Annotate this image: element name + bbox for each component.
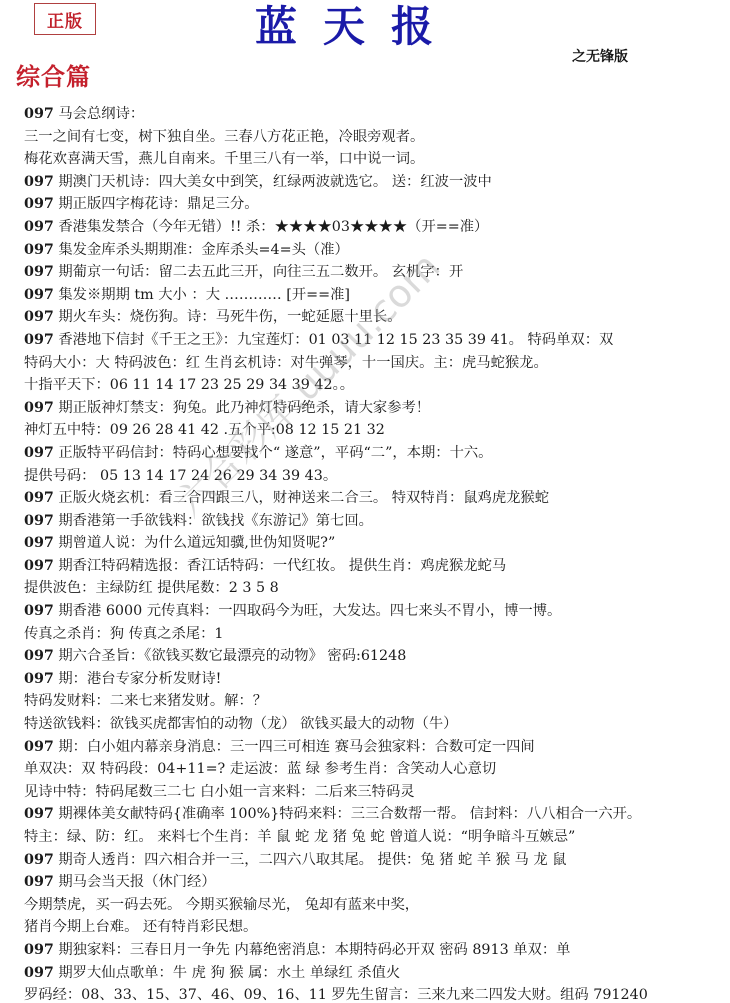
line-text: 单双决：双 特码段：04+11=? 走运波：蓝 绿 参考生肖：含笑动人心意切 <box>24 761 496 777</box>
issue-number: 097 <box>24 196 54 212</box>
issue-number: 097 <box>24 287 54 303</box>
article-line: 097 期葡京一句话：留二去五此三开，向往三五二数开。 玄机字：开 <box>24 261 724 284</box>
line-text: 期裸体美女献特码{准确率 100%}特码来料：三三合数帮一帮。 信封料：八八相合… <box>54 806 641 822</box>
article-line: 097 期：港台专家分析发财诗! <box>24 668 724 691</box>
line-text: 传真之杀肖：狗 传真之杀尾：1 <box>24 626 224 642</box>
article-line: 097 期罗大仙点歌单：牛 虎 狗 猴 属：水土 单绿红 杀值火 <box>24 962 724 985</box>
issue-number: 097 <box>24 739 54 755</box>
line-text: 神灯五中特：09 26 28 41 42 .五个平:08 12 15 21 32 <box>24 422 385 438</box>
article-line: 特码发财料：二来七来猪发财。解：？ <box>24 690 724 713</box>
line-text: 今期禁虎，买一码去死。 今期买猴输尽光， 兔却有蓝来中奖， <box>24 897 419 913</box>
line-text: 期正版四字梅花诗：鼎足三分。 <box>54 196 259 212</box>
issue-number: 097 <box>24 219 54 235</box>
article-line: 传真之杀肖：狗 传真之杀尾：1 <box>24 623 724 646</box>
article-line: 097 期正版四字梅花诗：鼎足三分。 <box>24 193 724 216</box>
line-text: 特送欲钱料：欲钱买虎都害怕的动物（龙） 欲钱买最大的动物（牛） <box>24 716 457 732</box>
line-text: 特码发财料：二来七来猪发财。解：？ <box>24 693 267 709</box>
line-text: 梅花欢喜满天雪，燕儿自南来。千里三八有一举，口中说一词。 <box>24 151 424 167</box>
line-text: 期火车头：烧伤狗。诗：马死牛伤，一蛇延愿十里长。 <box>54 309 402 325</box>
line-text: 集发金库杀头期期准：金库杀头=4=头（准） <box>54 242 349 258</box>
line-text: 见诗中特：特码尾数三二七 白小姐一言来料：二后来三特码灵 <box>24 784 415 800</box>
line-text: 特主：绿、防：红。 来料七个生肖：羊 鼠 蛇 龙 猪 兔 蛇 曾道人说：“明争暗… <box>24 829 575 845</box>
issue-number: 097 <box>24 648 54 664</box>
issue-number: 097 <box>24 671 54 687</box>
issue-number: 097 <box>24 874 54 890</box>
line-text: 正版特平码信封：特码心想要找个“ 遂意”，平码“二”，本期：十六。 <box>54 445 493 461</box>
issue-number: 097 <box>24 242 54 258</box>
line-text: 期：港台专家分析发财诗! <box>54 671 222 687</box>
article-body: 097 马会总纲诗：三一之间有七变，树下独自坐。三春八方花正艳，冷眼旁观者。梅花… <box>24 103 724 1003</box>
line-text: 期香港第一手欲钱料：欲钱找《东游记》第七回。 <box>54 513 373 529</box>
issue-number: 097 <box>24 806 54 822</box>
issue-number: 097 <box>24 400 54 416</box>
article-line: 097 期正版神灯禁支：狗兔。此乃神灯特码绝杀，请大家参考！ <box>24 397 724 420</box>
line-text: 期罗大仙点歌单：牛 虎 狗 猴 属：水土 单绿红 杀值火 <box>54 965 400 981</box>
issue-number: 097 <box>24 535 54 551</box>
issue-number: 097 <box>24 309 54 325</box>
article-line: 097 正版特平码信封：特码心想要找个“ 遂意”，平码“二”，本期：十六。 <box>24 442 724 465</box>
line-text: 期：白小姐内幕亲身消息：三一四三可相连 赛马会独家料：合数可定一四间 <box>54 739 535 755</box>
issue-number: 097 <box>24 106 54 122</box>
line-text: 期正版神灯禁支：狗兔。此乃神灯特码绝杀，请大家参考！ <box>54 400 430 416</box>
edition-label: 之无锋版 <box>572 46 628 66</box>
article-line: 097 集发※期期 tm 大小 ：大 ………… [开==准] <box>24 284 724 307</box>
article-line: 单双决：双 特码段：04+11=? 走运波：蓝 绿 参考生肖：含笑动人心意切 <box>24 758 724 781</box>
issue-number: 097 <box>24 513 54 529</box>
issue-number: 097 <box>24 490 54 506</box>
article-line: 罗码经：08、33、15、37、46、09、16、11 罗先生留言：三来九来二四… <box>24 984 724 1003</box>
article-line: 特主：绿、防：红。 来料七个生肖：羊 鼠 蛇 龙 猪 兔 蛇 曾道人说：“明争暗… <box>24 826 724 849</box>
article-line: 猪肖今期上台难。 还有特肖彩民想。 <box>24 916 724 939</box>
article-line: 097 期火车头：烧伤狗。诗：马死牛伤，一蛇延愿十里长。 <box>24 306 724 329</box>
article-line: 097 集发金库杀头期期准：金库杀头=4=头（准） <box>24 239 724 262</box>
line-text: 猪肖今期上台难。 还有特肖彩民想。 <box>24 919 257 935</box>
article-line: 提供号码： 05 13 14 17 24 26 29 34 39 43。 <box>24 465 724 488</box>
line-text: 期澳门天机诗：四大美女中到笑，红绿两波就选它。 送：红波一波中 <box>54 174 492 190</box>
issue-number: 097 <box>24 558 54 574</box>
line-text: 提供号码： 05 13 14 17 24 26 29 34 39 43。 <box>24 468 337 484</box>
article-line: 097 期六合圣旨：《欲钱买数它最漂亮的动物》 密码:61248 <box>24 645 724 668</box>
article-line: 097 期澳门天机诗：四大美女中到笑，红绿两波就选它。 送：红波一波中 <box>24 171 724 194</box>
article-line: 097 期香港第一手欲钱料：欲钱找《东游记》第七回。 <box>24 510 724 533</box>
line-text: 香港集发禁合（今年无错）!! 杀：★★★★03★★★★（开==准） <box>54 219 488 235</box>
article-line: 097 香港地下信封《千王之王》：九宝莲灯：01 03 11 12 15 23 … <box>24 329 724 352</box>
line-text: 十指平天下：06 11 14 17 23 25 29 34 39 42。。 <box>24 377 354 393</box>
article-line: 097 正版火烧玄机：看三合四跟三八，财神送来二合三。 特双特肖：鼠鸡虎龙猴蛇 <box>24 487 724 510</box>
issue-number: 097 <box>24 603 54 619</box>
article-line: 097 期曾道人说：为什么道远知骥,世伪知贤呢?” <box>24 532 724 555</box>
line-text: 正版火烧玄机：看三合四跟三八，财神送来二合三。 特双特肖：鼠鸡虎龙猴蛇 <box>54 490 549 506</box>
line-text: 特码大小：大 特码波色：红 生肖玄机诗：对牛弹琴，十一国庆。主：虎马蛇猴龙。 <box>24 355 548 371</box>
article-line: 今期禁虎，买一码去死。 今期买猴输尽光， 兔却有蓝来中奖， <box>24 894 724 917</box>
issue-number: 097 <box>24 174 54 190</box>
article-line: 见诗中特：特码尾数三二七 白小姐一言来料：二后来三特码灵 <box>24 781 724 804</box>
line-text: 期奇人透肖：四六相合并一三，二四六八取其尾。 提供：兔 猪 蛇 羊 猴 马 龙 … <box>54 852 567 868</box>
line-text: 马会总纲诗： <box>54 106 144 122</box>
article-line: 三一之间有七变，树下独自坐。三春八方花正艳，冷眼旁观者。 <box>24 126 724 149</box>
line-text: 三一之间有七变，树下独自坐。三春八方花正艳，冷眼旁观者。 <box>24 129 424 145</box>
newspaper-title: 蓝天报 <box>255 2 459 52</box>
article-line: 097 期：白小姐内幕亲身消息：三一四三可相连 赛马会独家料：合数可定一四间 <box>24 736 724 759</box>
article-line: 特码大小：大 特码波色：红 生肖玄机诗：对牛弹琴，十一国庆。主：虎马蛇猴龙。 <box>24 352 724 375</box>
line-text: 期葡京一句话：留二去五此三开，向往三五二数开。 玄机字：开 <box>54 264 463 280</box>
article-line: 097 马会总纲诗： <box>24 103 724 126</box>
issue-number: 097 <box>24 332 54 348</box>
line-text: 提供波色：主绿防红 提供尾数：2 3 5 8 <box>24 580 279 596</box>
line-text: 集发※期期 tm 大小 ：大 ………… [开==准] <box>54 287 350 303</box>
article-line: 梅花欢喜满天雪，燕儿自南来。千里三八有一举，口中说一词。 <box>24 148 724 171</box>
line-text: 期香江特码精选报：香江话特码：一代红妆。 提供生肖：鸡虎猴龙蛇马 <box>54 558 506 574</box>
article-line: 097 期奇人透肖：四六相合并一三，二四六八取其尾。 提供：兔 猪 蛇 羊 猴 … <box>24 849 724 872</box>
line-text: 期独家料：三春日月一争先 内幕绝密消息：本期特码必开双 密码 8913 单双：单 <box>54 942 571 958</box>
section-title: 综合篇 <box>16 57 91 92</box>
issue-number: 097 <box>24 942 54 958</box>
issue-number: 097 <box>24 445 54 461</box>
article-line: 097 香港集发禁合（今年无错）!! 杀：★★★★03★★★★（开==准） <box>24 216 724 239</box>
article-line: 特送欲钱料：欲钱买虎都害怕的动物（龙） 欲钱买最大的动物（牛） <box>24 713 724 736</box>
issue-number: 097 <box>24 965 54 981</box>
line-text: 期曾道人说：为什么道远知骥,世伪知贤呢?” <box>54 535 335 551</box>
article-line: 神灯五中特：09 26 28 41 42 .五个平:08 12 15 21 32 <box>24 419 724 442</box>
article-line: 097 期裸体美女献特码{准确率 100%}特码来料：三三合数帮一帮。 信封料：… <box>24 803 724 826</box>
line-text: 期马会当天报（休门经） <box>54 874 216 890</box>
line-text: 香港地下信封《千王之王》：九宝莲灯：01 03 11 12 15 23 35 3… <box>54 332 613 348</box>
line-text: 期六合圣旨：《欲钱买数它最漂亮的动物》 密码:61248 <box>54 648 406 664</box>
issue-number: 097 <box>24 852 54 868</box>
line-text: 期香港 6000 元传真料：一四取码今为旺，大发达。四七来头不胃小，博一博。 <box>54 603 562 619</box>
article-line: 097 期香江特码精选报：香江话特码：一代红妆。 提供生肖：鸡虎猴龙蛇马 <box>24 555 724 578</box>
article-line: 097 期独家料：三春日月一争先 内幕绝密消息：本期特码必开双 密码 8913 … <box>24 939 724 962</box>
article-line: 097 期香港 6000 元传真料：一四取码今为旺，大发达。四七来头不胃小，博一… <box>24 600 724 623</box>
line-text: 罗码经：08、33、15、37、46、09、16、11 罗先生留言：三来九来二四… <box>24 987 648 1003</box>
authentic-edition-badge: 正版 <box>34 3 96 35</box>
issue-number: 097 <box>24 264 54 280</box>
article-line: 十指平天下：06 11 14 17 23 25 29 34 39 42。。 <box>24 374 724 397</box>
article-line: 提供波色：主绿防红 提供尾数：2 3 5 8 <box>24 577 724 600</box>
article-line: 097 期马会当天报（休门经） <box>24 871 724 894</box>
